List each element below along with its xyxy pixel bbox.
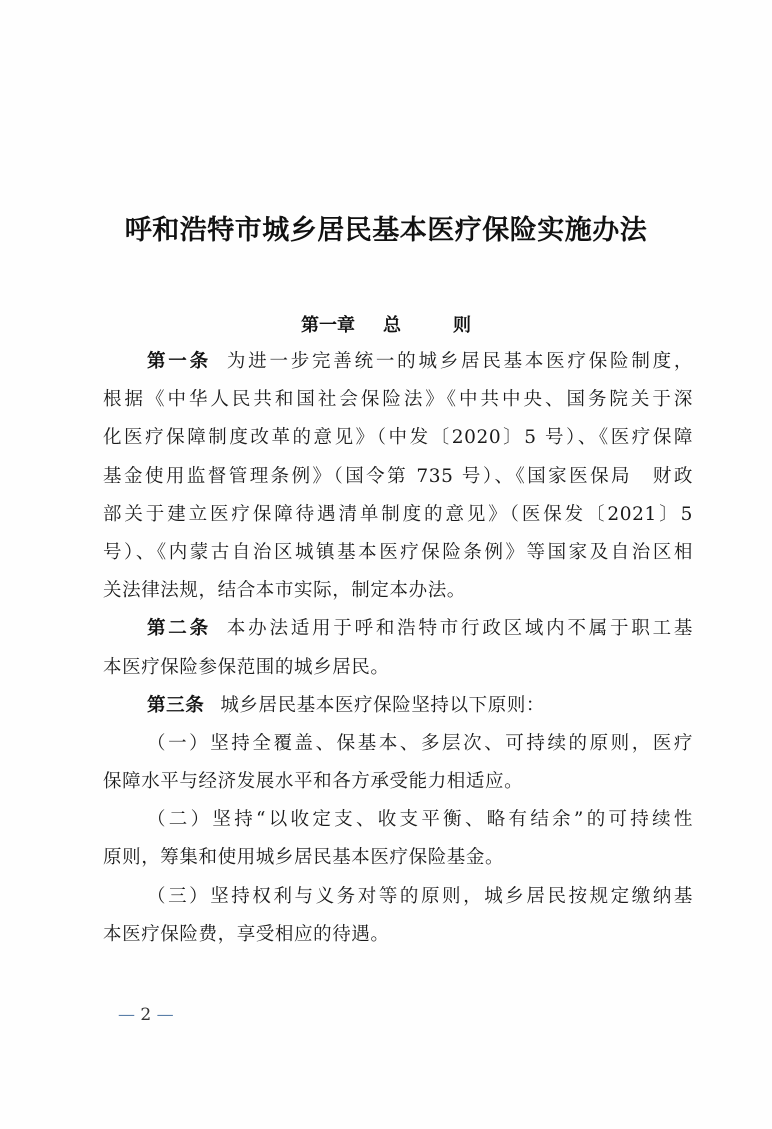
- page-number-value: 2: [140, 1005, 151, 1025]
- article-1-line-3: 化医疗保障制度改革的意见》（中发〔2020〕5 号）、《医疗保障: [103, 419, 693, 457]
- chapter-heading: 第一章总则: [0, 311, 772, 337]
- page-number-dash-right: —: [157, 1005, 174, 1025]
- article-3-item-3-line-2: 本医疗保险费，享受相应的待遇。: [103, 916, 693, 954]
- chapter-name-part2: 则: [453, 315, 471, 336]
- article-1-line-5: 部关于建立医疗保障待遇清单制度的意见》（医保发〔2021〕5: [103, 496, 693, 534]
- chapter-number: 第一章: [301, 315, 355, 336]
- article-3-item-2-line-1: （二）坚持“以收定支、收支平衡、略有结余”的可持续性: [103, 801, 693, 839]
- document-page: 呼和浩特市城乡居民基本医疗保险实施办法 第一章总则 第一条为进一步完善统一的城乡…: [0, 0, 772, 1129]
- article-3-line-1: 第三条城乡居民基本医疗保险坚持以下原则：: [103, 687, 693, 725]
- article-3-item-1-line-2: 保障水平与经济发展水平和各方承受能力相适应。: [103, 763, 693, 801]
- chapter-name-part1: 总: [383, 315, 401, 336]
- article-3-item-3-line-1: （三）坚持权利与义务对等的原则，城乡居民按规定缴纳基: [103, 878, 693, 916]
- article-1-line-7: 关法律法规，结合本市实际，制定本办法。: [103, 572, 693, 610]
- article-3-item-2-line-2: 原则，筹集和使用城乡居民基本医疗保险基金。: [103, 839, 693, 877]
- document-body: 第一条为进一步完善统一的城乡居民基本医疗保险制度， 根据《中华人民共和国社会保险…: [103, 343, 693, 954]
- article-3-label: 第三条: [147, 695, 204, 716]
- article-1-line-4: 基金使用监督管理条例》（国令第 735 号）、《国家医保局 财政: [103, 458, 693, 496]
- article-2-line-1: 第二条本办法适用于呼和浩特市行政区域内不属于职工基: [103, 610, 693, 648]
- page-number-dash-left: —: [118, 1005, 135, 1025]
- article-1-line-6: 号）、《内蒙古自治区城镇基本医疗保险条例》等国家及自治区相: [103, 534, 693, 572]
- article-1-line-1: 第一条为进一步完善统一的城乡居民基本医疗保险制度，: [103, 343, 693, 381]
- page-number: — 2 —: [118, 1005, 174, 1025]
- article-1-label: 第一条: [147, 351, 211, 372]
- article-2-line-2: 本医疗保险参保范围的城乡居民。: [103, 649, 693, 687]
- article-2-label: 第二条: [147, 618, 211, 639]
- article-1-line-2: 根据《中华人民共和国社会保险法》《中共中央、国务院关于深: [103, 381, 693, 419]
- document-title: 呼和浩特市城乡居民基本医疗保险实施办法: [0, 208, 772, 247]
- article-3-item-1-line-1: （一）坚持全覆盖、保基本、多层次、可持续的原则，医疗: [103, 725, 693, 763]
